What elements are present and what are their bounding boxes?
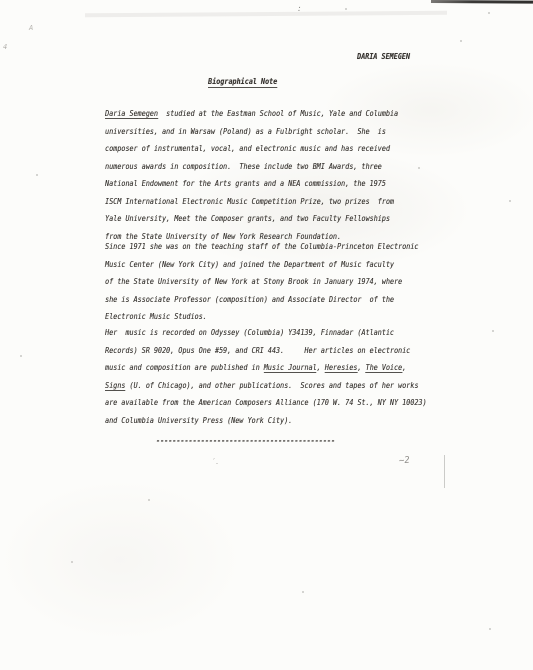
scan-stray-mark: ´. — [211, 458, 219, 466]
scan-speckle — [20, 355, 22, 357]
document-page: : A 4 DARIA SEMEGEN Biographical Note Da… — [0, 0, 533, 670]
underlined-publication: Signs — [105, 381, 125, 391]
text-line: Records) SR 9020, Opus One #59, and CRI … — [105, 342, 427, 360]
scan-vertical-line — [444, 455, 445, 488]
paragraph-1: Daria Semegen studied at the Eastman Sch… — [105, 105, 398, 245]
scan-stray-mark: A — [29, 24, 33, 32]
scan-speckle — [460, 40, 462, 42]
text-segment: , — [317, 363, 325, 372]
scan-edge-streak — [431, 0, 533, 3]
pencil-page-number: ~2 — [399, 455, 411, 466]
document-title-text: Biographical Note — [208, 77, 277, 88]
paragraph-3: Her music is recorded on Odyssey (Columb… — [105, 324, 427, 429]
scan-speckle — [492, 330, 494, 332]
text-line: she is Associate Professor (composition)… — [105, 291, 418, 309]
scan-speckle — [488, 12, 490, 14]
text-segment: music and composition are published in — [105, 363, 264, 372]
text-segment: (U. of Chicago), and other publications.… — [125, 381, 418, 390]
scan-stray-mark: : — [297, 4, 302, 13]
text-line: and Columbia University Press (New York … — [105, 412, 427, 430]
text-line: Signs (U. of Chicago), and other publica… — [105, 377, 427, 395]
document-title: Biographical Note — [208, 76, 277, 88]
scan-speckle — [302, 591, 304, 593]
scan-speckle — [345, 8, 347, 10]
text-line: Yale University, Meet the Composer grant… — [105, 210, 398, 228]
text-line: Her music is recorded on Odyssey (Columb… — [105, 324, 427, 342]
text-line: National Endowment for the Arts grants a… — [105, 175, 398, 193]
text-line: Music Center (New York City) and joined … — [105, 256, 418, 274]
text-line: Daria Semegen studied at the Eastman Sch… — [105, 105, 398, 123]
scan-speckle — [489, 628, 491, 630]
text-line: of the State University of New York at S… — [105, 273, 418, 291]
text-line: numerous awards in composition. These in… — [105, 158, 398, 176]
text-segment: studied at the Eastman School of Music, … — [158, 109, 398, 118]
author-header: DARIA SEMEGEN — [357, 51, 410, 63]
scan-fold-shadow — [85, 11, 447, 18]
text-line: universities, and in Warsaw (Poland) as … — [105, 123, 398, 141]
scan-stray-mark: 4 — [3, 43, 7, 51]
scan-speckle — [509, 200, 511, 202]
text-line: composer of instrumental, vocal, and ele… — [105, 140, 398, 158]
separator-dashes: ----------------------------------------… — [156, 432, 335, 450]
paragraph-2: Since 1971 she was on the teaching staff… — [105, 238, 418, 326]
text-line: Electronic Music Studios. — [105, 308, 418, 326]
underlined-publication: Heresies — [325, 363, 358, 373]
text-line: music and composition are published in M… — [105, 359, 427, 377]
scan-speckle — [36, 174, 38, 176]
text-segment: , — [402, 363, 406, 372]
text-line: ISCM International Electronic Music Comp… — [105, 193, 398, 211]
text-line: are available from the American Composer… — [105, 394, 427, 412]
underlined-publication: The Voice — [365, 363, 402, 373]
scan-speckle — [418, 167, 420, 169]
underlined-name: Daria Semegen — [105, 109, 158, 119]
underlined-publication: Music Journal — [264, 363, 317, 373]
scan-speckle — [148, 499, 150, 501]
text-line: Since 1971 she was on the teaching staff… — [105, 238, 418, 256]
scan-speckle — [71, 561, 73, 563]
